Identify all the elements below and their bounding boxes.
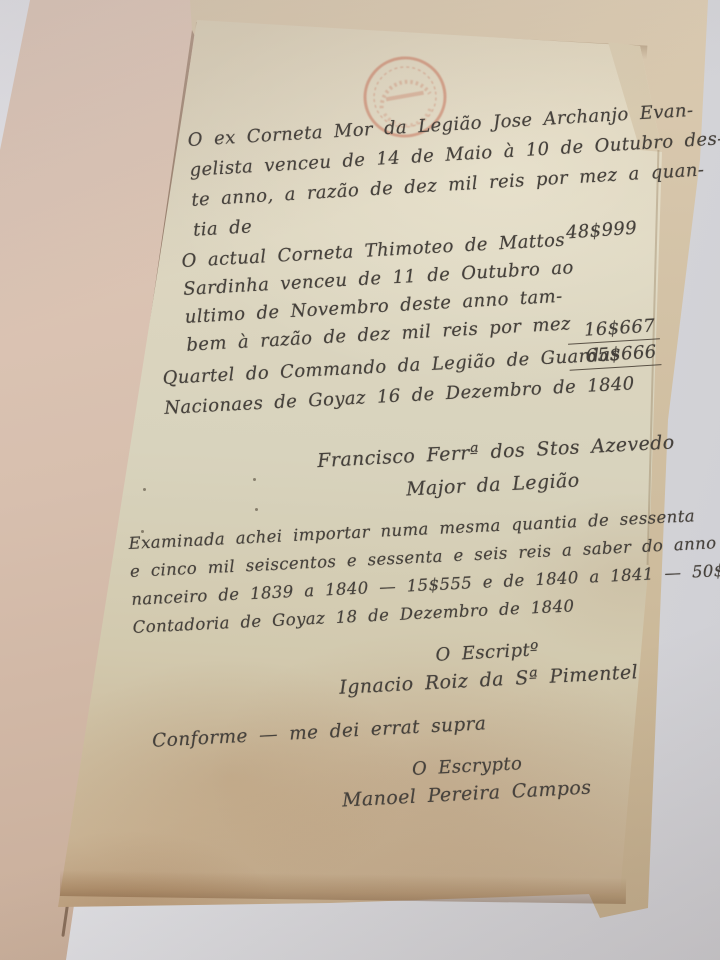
ink-speck [255,508,258,511]
paragraph-actual-corneta: O actual Corneta Thimoteo de Mattos Sard… [181,226,578,360]
ink-speck [143,488,146,491]
photo-of-manuscript: O ex Corneta Mor da Legião Jose Archanjo… [0,0,720,960]
ink-speck [253,478,256,481]
